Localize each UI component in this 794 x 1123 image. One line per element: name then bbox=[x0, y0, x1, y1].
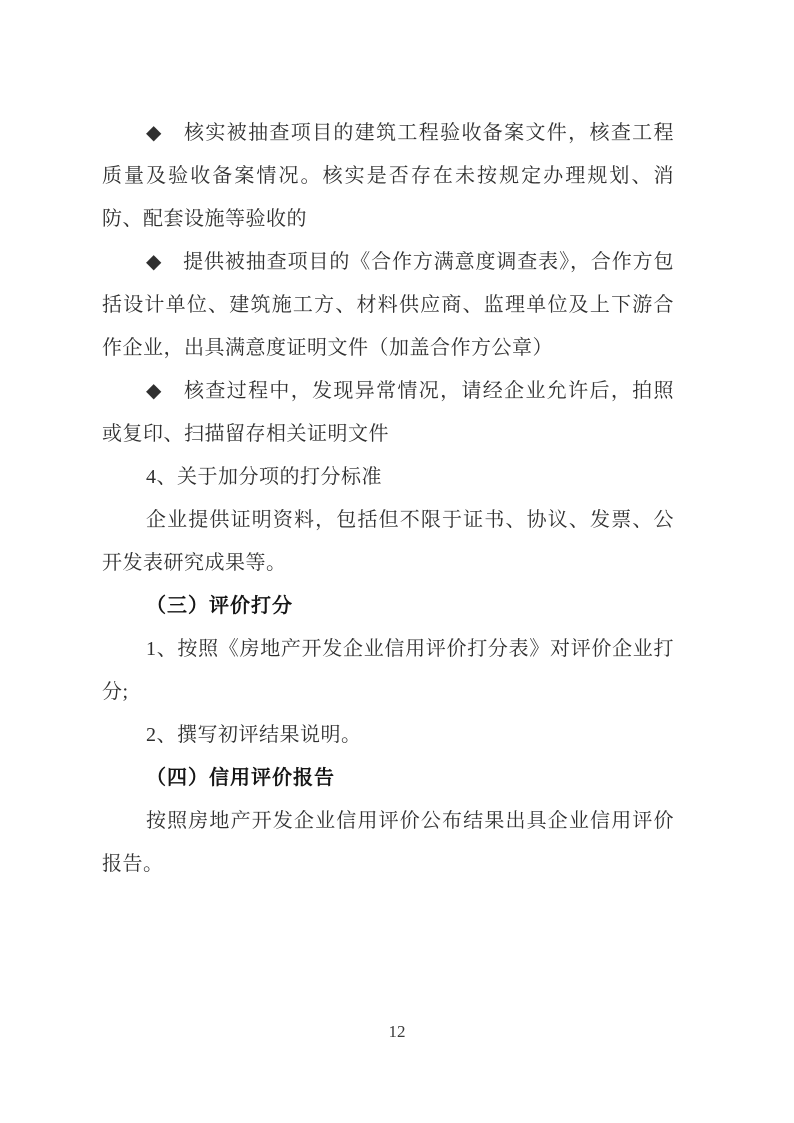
body-paragraph-supporting-materials: 企业提供证明资料，包括但不限于证书、协议、发票、公开发表研究成果等。 bbox=[102, 499, 674, 585]
body-paragraph-issue-credit-report: 按照房地产开发企业信用评价公布结果出具企业信用评价报告。 bbox=[102, 800, 674, 886]
document-page: ◆ 核实被抽查项目的建筑工程验收备案文件，核查工程质量及验收备案情况。核实是否存… bbox=[0, 0, 794, 1123]
section-heading-credit-evaluation-report: （四）信用评价报告 bbox=[102, 757, 674, 800]
page-number: 12 bbox=[0, 1022, 794, 1042]
numbered-item-scoring-table: 1、按照《房地产开发企业信用评价打分表》对评价企业打分; bbox=[102, 628, 674, 714]
numbered-item-bonus-scoring-standard: 4、关于加分项的打分标准 bbox=[102, 456, 674, 499]
bullet-paragraph-acceptance-filing: ◆ 核实被抽查项目的建筑工程验收备案文件，核查工程质量及验收备案情况。核实是否存… bbox=[102, 112, 674, 241]
bullet-paragraph-partner-satisfaction-survey: ◆ 提供被抽查项目的《合作方满意度调查表》，合作方包括设计单位、建筑施工方、材料… bbox=[102, 241, 674, 370]
section-heading-evaluation-scoring: （三）评价打分 bbox=[102, 585, 674, 628]
document-body: ◆ 核实被抽查项目的建筑工程验收备案文件，核查工程质量及验收备案情况。核实是否存… bbox=[102, 112, 674, 886]
bullet-paragraph-abnormal-situation-records: ◆ 核查过程中，发现异常情况，请经企业允许后，拍照或复印、扫描留存相关证明文件 bbox=[102, 370, 674, 456]
numbered-item-initial-result-note: 2、撰写初评结果说明。 bbox=[102, 714, 674, 757]
